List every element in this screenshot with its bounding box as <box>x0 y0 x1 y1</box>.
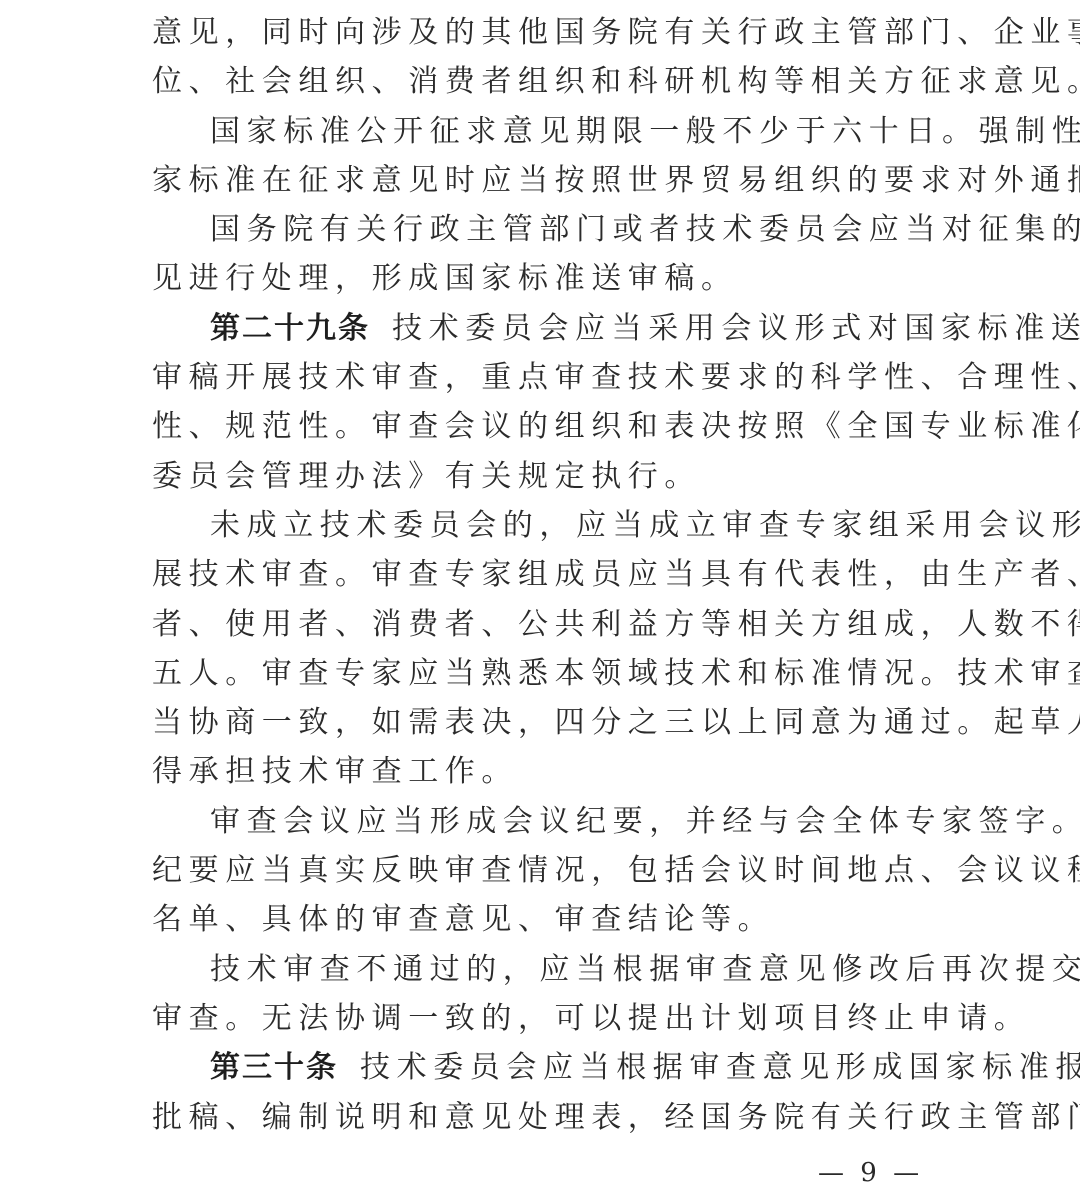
text-line: 当协商一致，如需表决，四分之三以上同意为通过。起草人员不 <box>152 698 930 747</box>
text-line: 五人。审查专家应当熟悉本领域技术和标准情况。技术审查应 <box>152 649 930 698</box>
text-line: 审查。无法协调一致的，可以提出计划项目终止申请。 <box>152 994 930 1043</box>
article-30-line: 第三十条技术委员会应当根据审查意见形成国家标准报 <box>152 1043 930 1092</box>
article-heading: 第二十九条 <box>210 311 370 346</box>
text-line: 家标准在征求意见时应当按照世界贸易组织的要求对外通报。 <box>152 156 930 205</box>
text-line: 批稿、编制说明和意见处理表，经国务院有关行政主管部门或者 <box>152 1093 930 1142</box>
text-line: 名单、具体的审查意见、审查结论等。 <box>152 895 930 944</box>
text-line: 得承担技术审查工作。 <box>152 747 930 796</box>
text-line: 意见，同时向涉及的其他国务院有关行政主管部门、企业事业单 <box>152 8 930 57</box>
paragraph-start: 国家标准公开征求意见期限一般不少于六十日。强制性国 <box>152 107 930 156</box>
text-line: 见进行处理，形成国家标准送审稿。 <box>152 254 930 303</box>
text-line: 审稿开展技术审查，重点审查技术要求的科学性、合理性、适用 <box>152 353 930 402</box>
paragraph-start: 国务院有关行政主管部门或者技术委员会应当对征集的意 <box>152 205 930 254</box>
text-line: 位、社会组织、消费者组织和科研机构等相关方征求意见。 <box>152 57 930 106</box>
page-number: — 9 — <box>818 1158 923 1182</box>
text-line: 纪要应当真实反映审查情况，包括会议时间地点、会议议程、专家 <box>152 846 930 895</box>
text-line: 技术委员会应当根据审查意见形成国家标准报 <box>360 1050 1080 1085</box>
paragraph-start: 审查会议应当形成会议纪要，并经与会全体专家签字。会议 <box>152 797 930 846</box>
document-page: 意见，同时向涉及的其他国务院有关行政主管部门、企业事业单 位、社会组织、消费者组… <box>152 8 930 1142</box>
text-line: 委员会管理办法》有关规定执行。 <box>152 452 930 501</box>
paragraph-start: 技术审查不通过的，应当根据审查意见修改后再次提交技术 <box>152 945 930 994</box>
paragraph-start: 未成立技术委员会的，应当成立审查专家组采用会议形式开 <box>152 501 930 550</box>
text-line: 展技术审查。审查专家组成员应当具有代表性，由生产者、经营 <box>152 550 930 599</box>
text-line: 技术委员会应当采用会议形式对国家标准送 <box>392 311 1080 346</box>
text-line: 性、规范性。审查会议的组织和表决按照《全国专业标准化技术 <box>152 402 930 451</box>
article-heading: 第三十条 <box>210 1050 338 1085</box>
text-line: 者、使用者、消费者、公共利益方等相关方组成，人数不得少于十 <box>152 600 930 649</box>
article-29-line: 第二十九条技术委员会应当采用会议形式对国家标准送 <box>152 304 930 353</box>
